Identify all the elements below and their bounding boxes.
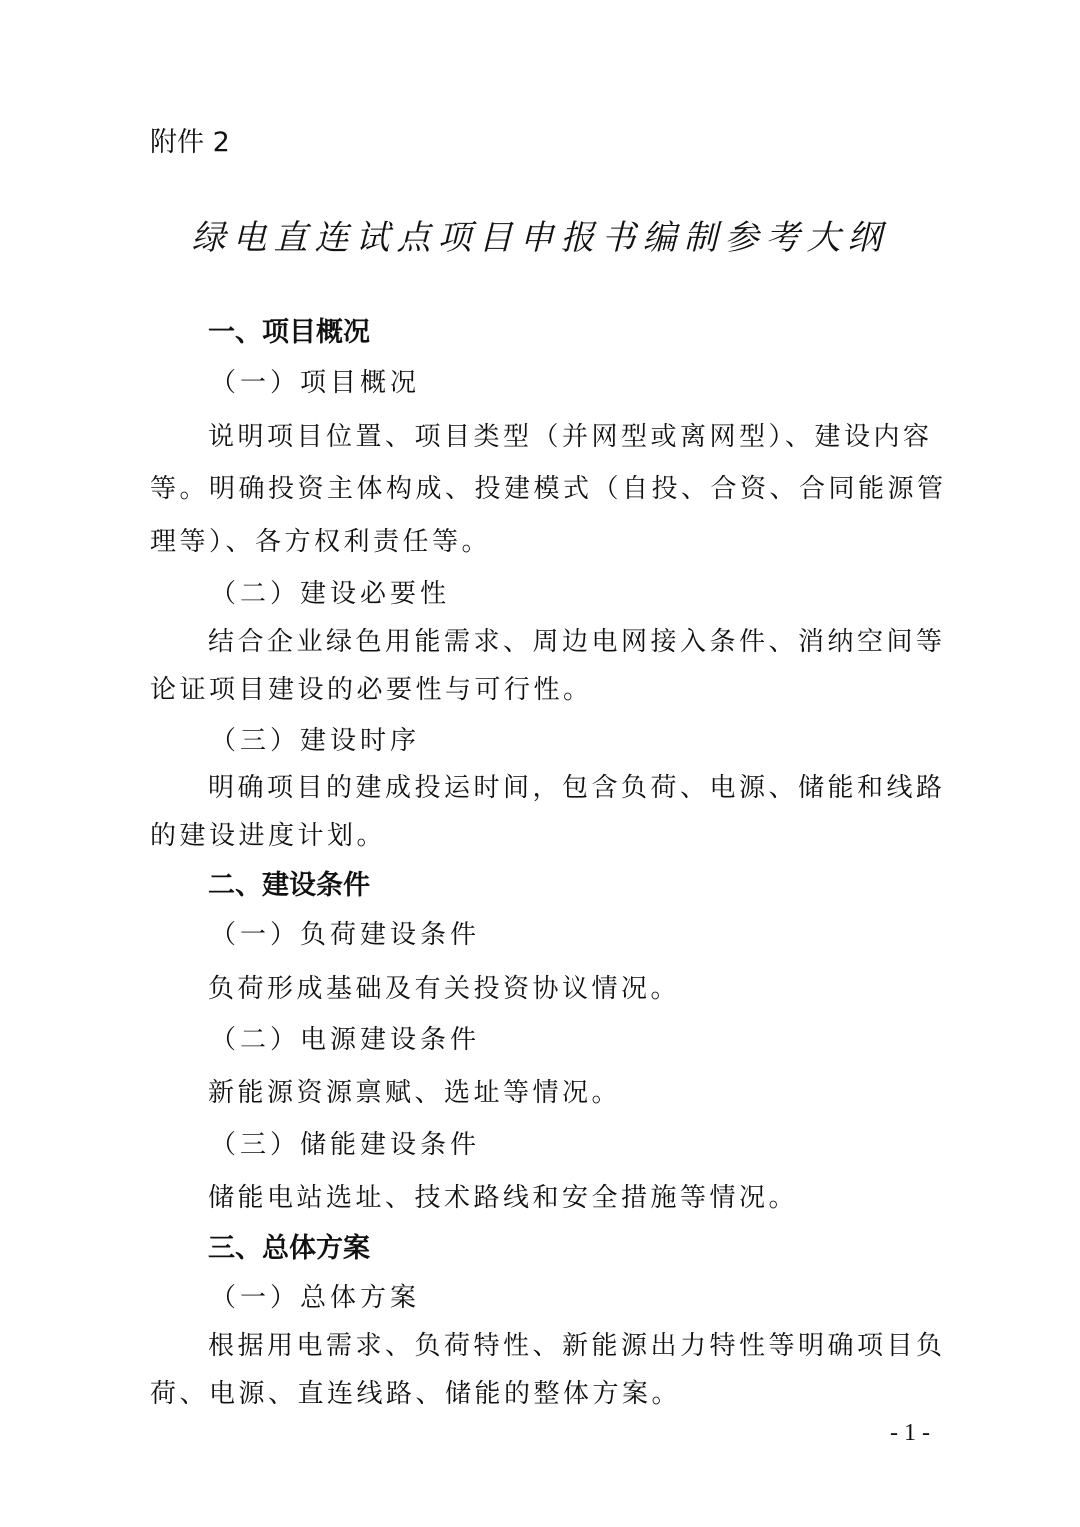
subsection-heading-1-2: （二）建设必要性 [210, 573, 450, 610]
paragraph-line: 等。明确投资主体构成、投建模式（自投、合资、合同能源管 [150, 468, 947, 505]
paragraph-line: 明确项目的建成投运时间，包含负荷、电源、储能和线路 [208, 767, 946, 804]
attachment-label: 附件 2 [150, 120, 230, 159]
paragraph-line: 论证项目建设的必要性与可行性。 [150, 669, 593, 706]
subsection-heading-2-2: （二）电源建设条件 [210, 1019, 480, 1056]
paragraph-line: 荷、电源、直连线路、储能的整体方案。 [150, 1373, 681, 1410]
paragraph-line: 结合企业绿色用能需求、周边电网接入条件、消纳空间等 [208, 621, 946, 658]
section-heading-3: 三、总体方案 [208, 1226, 370, 1265]
subsection-heading-2-3: （三）储能建设条件 [210, 1124, 480, 1161]
paragraph-line: 说明项目位置、项目类型（并网型或离网型）、建设内容 [208, 416, 933, 453]
section-heading-1: 一、项目概况 [208, 310, 370, 349]
paragraph-line: 的建设进度计划。 [150, 815, 386, 852]
subsection-heading-3-1: （一）总体方案 [210, 1277, 420, 1314]
subsection-heading-1-3: （三）建设时序 [210, 720, 420, 757]
paragraph-line: 负荷形成基础及有关投资协议情况。 [208, 968, 680, 1005]
paragraph-line: 新能源资源禀赋、选址等情况。 [208, 1072, 621, 1109]
subsection-heading-2-1: （一）负荷建设条件 [210, 914, 480, 951]
page-number: - 1 - [890, 1420, 930, 1447]
document-title: 绿电直连试点项目申报书编制参考大纲 [0, 210, 1080, 259]
paragraph-line: 根据用电需求、负荷特性、新能源出力特性等明确项目负 [208, 1325, 946, 1362]
paragraph-line: 理等）、各方权利责任等。 [150, 521, 491, 558]
subsection-heading-1-1: （一）项目概况 [210, 362, 420, 399]
paragraph-line: 储能电站选址、技术路线和安全措施等情况。 [208, 1177, 798, 1214]
section-heading-2: 二、建设条件 [208, 863, 370, 902]
document-page: 附件 2 绿电直连试点项目申报书编制参考大纲 一、项目概况 （一）项目概况 说明… [0, 0, 1080, 1527]
